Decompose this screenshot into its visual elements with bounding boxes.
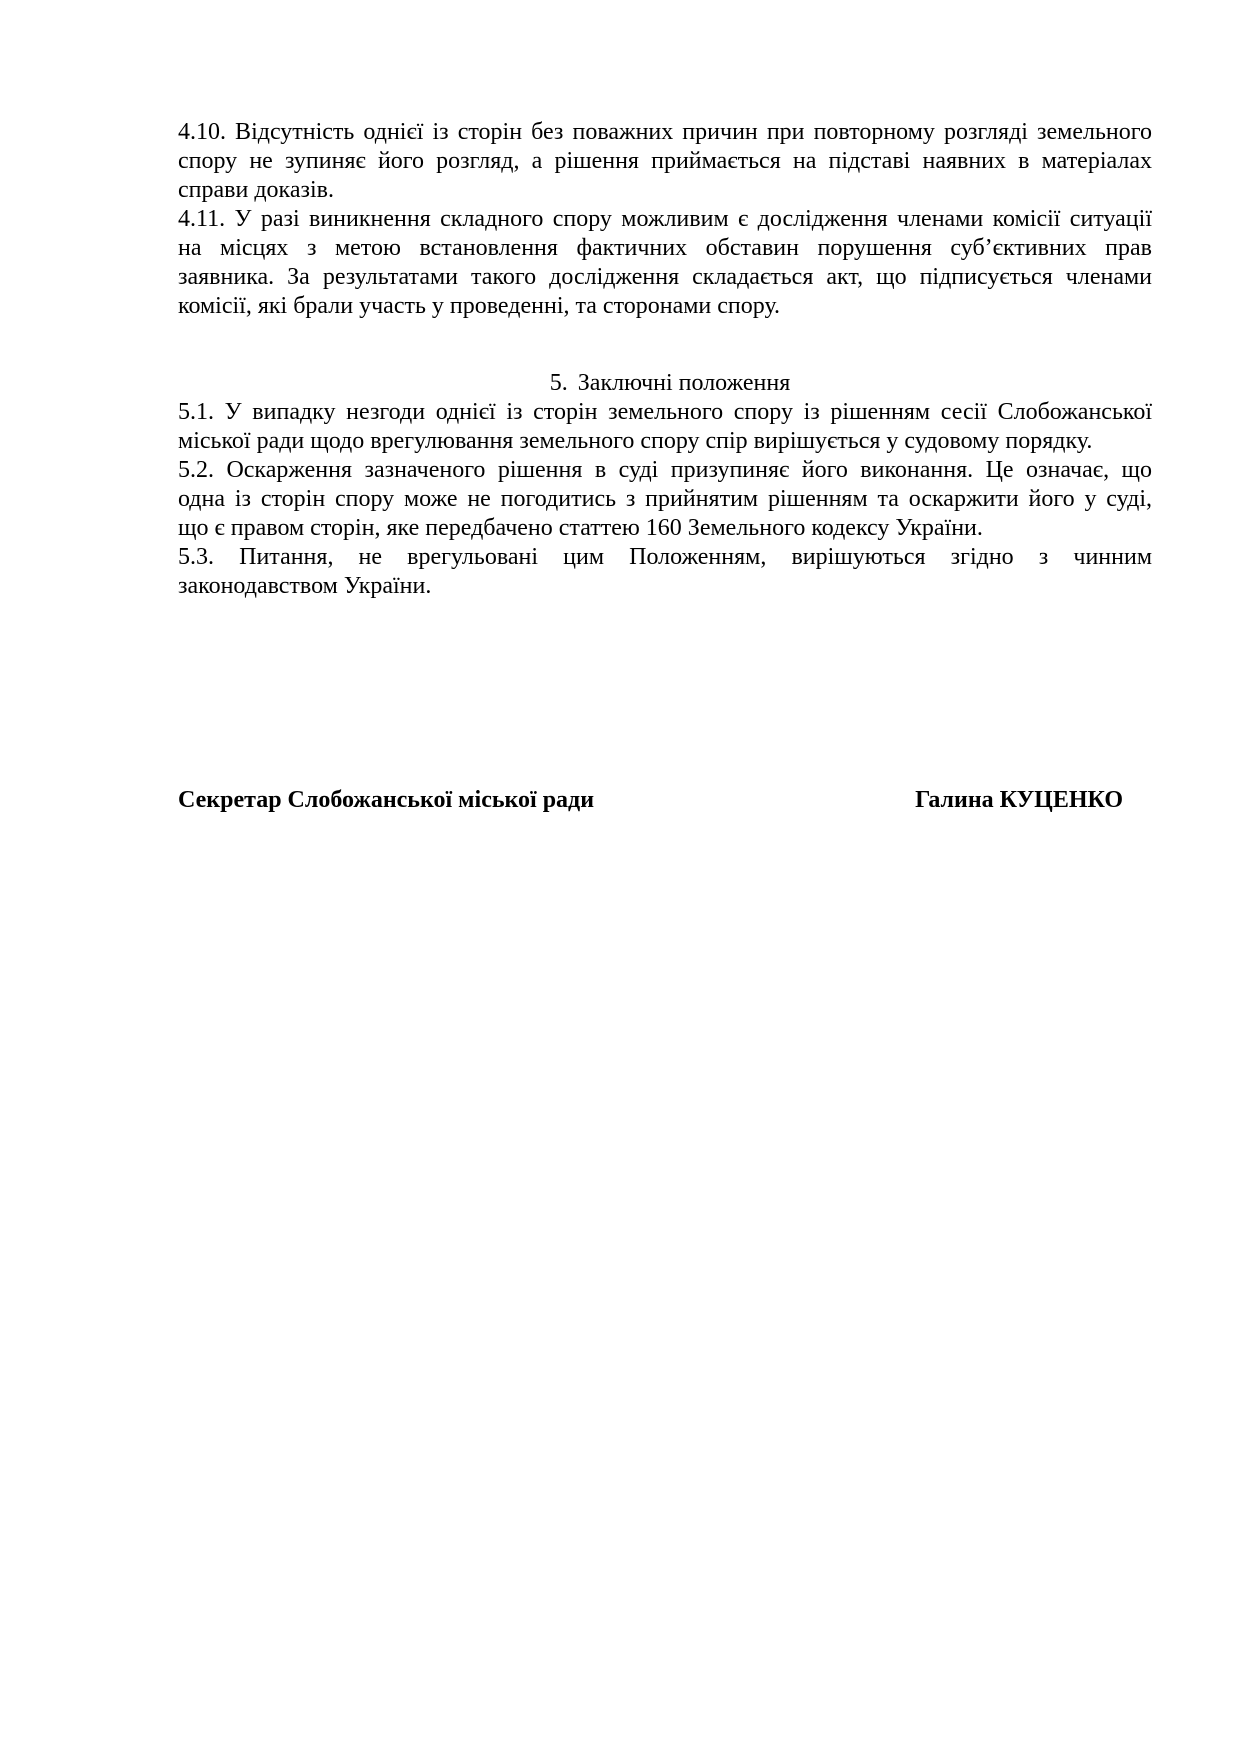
paragraph-line: одна із сторін спору може не погодитись …: [178, 485, 1152, 514]
paragraph-line: на місцях з метою встановлення фактичних…: [178, 234, 1152, 263]
paragraph-line: заявника. За результатами такого дослідж…: [178, 263, 1152, 292]
section-5-title: Заключні положення: [578, 370, 790, 396]
paragraph-line: міської ради щодо врегулювання земельног…: [178, 427, 1152, 456]
paragraph-line: законодавством України.: [178, 572, 1152, 601]
paragraph-4-10: 4.10. Відсутність однієї із сторін без п…: [178, 118, 1152, 205]
section-5-heading: 5.Заключні положення: [178, 369, 1152, 398]
paragraph-line: справи доказів.: [178, 176, 1152, 205]
paragraph-line: 5.2. Оскарження зазначеного рішення в су…: [178, 456, 1152, 485]
signatory-position: Секретар Слобожанської міської ради: [178, 786, 594, 815]
signature-block: Секретар Слобожанської міської ради Гали…: [178, 786, 1123, 815]
paragraph-line: комісії, які брали участь у проведенні, …: [178, 292, 1152, 321]
section-4-text: 4.10. Відсутність однієї із сторін без п…: [178, 118, 1152, 321]
section-5-text: 5.Заключні положення 5.1. У випадку незг…: [178, 369, 1152, 601]
paragraph-line: що є правом сторін, яке передбачено стат…: [178, 514, 1152, 543]
paragraph-5-2: 5.2. Оскарження зазначеного рішення в су…: [178, 456, 1152, 543]
paragraph-line: 5.1. У випадку незгоди однієї із сторін …: [178, 398, 1152, 427]
paragraph-5-1: 5.1. У випадку незгоди однієї із сторін …: [178, 398, 1152, 456]
paragraph-line: 5.3. Питання, не врегульовані цим Положе…: [178, 543, 1152, 572]
document-page: 4.10. Відсутність однієї із сторін без п…: [0, 0, 1240, 1754]
paragraph-line: спору не зупиняє його розгляд, а рішення…: [178, 147, 1152, 176]
section-5-number: 5.: [540, 369, 578, 398]
paragraph-4-11: 4.11. У разі виникнення складного спору …: [178, 205, 1152, 321]
signatory-name: Галина КУЦЕНКО: [915, 786, 1123, 815]
paragraph-line: 4.10. Відсутність однієї із сторін без п…: [178, 118, 1152, 147]
paragraph-5-3: 5.3. Питання, не врегульовані цим Положе…: [178, 543, 1152, 601]
paragraph-line: 4.11. У разі виникнення складного спору …: [178, 205, 1152, 234]
